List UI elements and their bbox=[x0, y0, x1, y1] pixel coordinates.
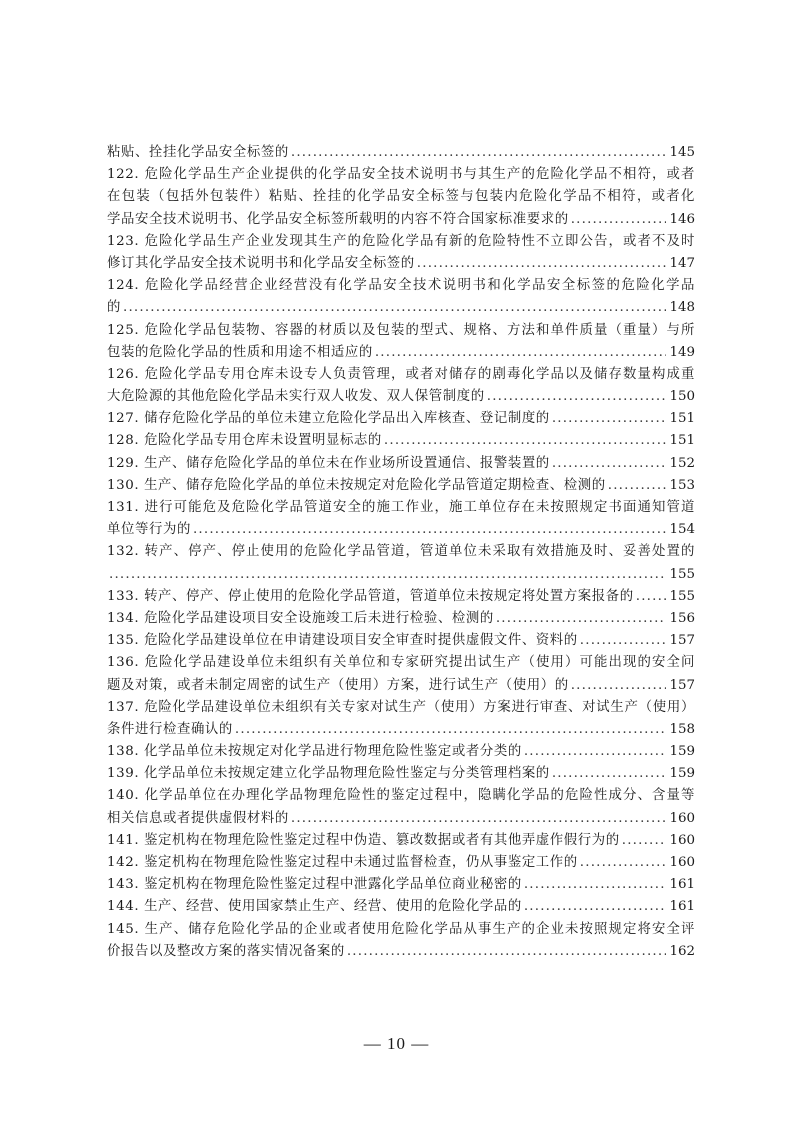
toc-page-number: 159 bbox=[669, 741, 695, 763]
toc-line[interactable]: 126. 危险化学品专用仓库未设专人负责管理，或者对储存的剧毒化学品以及储存数量… bbox=[107, 364, 695, 386]
toc-entry-text: 142. 鉴定机构在物理危险性鉴定过程中未通过监督检查，仍从事鉴定工作的 bbox=[107, 852, 578, 874]
toc-entry-text: 139. 化学品单位未按规定建立化学品物理危险性鉴定与分类管理档案的 bbox=[107, 763, 550, 785]
dot-leader bbox=[291, 808, 667, 830]
dot-leader bbox=[487, 386, 667, 408]
dot-leader bbox=[496, 608, 667, 630]
toc-page-number: 161 bbox=[669, 874, 695, 896]
toc-line[interactable]: 条件进行检查确认的158 bbox=[107, 719, 695, 741]
toc-entry-text: 143. 鉴定机构在物理危险性鉴定过程中泄露化学品单位商业秘密的 bbox=[107, 874, 522, 896]
dot-leader bbox=[417, 253, 667, 275]
toc-page-number: 155 bbox=[669, 586, 695, 608]
dot-leader bbox=[123, 297, 666, 319]
toc-line[interactable]: 131. 进行可能危及危险化学品管道安全的施工作业，施工单位存在未按照规定书面通… bbox=[107, 497, 695, 519]
toc-line[interactable]: 的148 bbox=[107, 297, 695, 319]
toc-page-number: 149 bbox=[669, 342, 695, 364]
toc-line[interactable]: 123. 危险化学品生产企业发现其生产的危险化学品有新的危险特性不立即公告，或者… bbox=[107, 231, 695, 253]
toc-page-number: 153 bbox=[669, 475, 695, 497]
toc-entry-text: 137. 危险化学品建设单位未组织有关专家对试生产（使用）方案进行审查、对试生产… bbox=[107, 697, 695, 719]
toc-line[interactable]: 143. 鉴定机构在物理危险性鉴定过程中泄露化学品单位商业秘密的161 bbox=[107, 874, 695, 896]
toc-line[interactable]: 大危险源的其他危险化学品未实行双人收发、双人保管制度的150 bbox=[107, 386, 695, 408]
dot-leader bbox=[580, 630, 667, 652]
toc-entry-text: 141. 鉴定机构在物理危险性鉴定过程中伪造、篡改数据或者有其他弄虚作假行为的 bbox=[107, 830, 620, 852]
toc-entry-text: 价报告以及整改方案的落实情况备案的 bbox=[107, 941, 345, 963]
toc-line[interactable]: 155 bbox=[107, 564, 695, 586]
page-number-footer: — 10 — bbox=[0, 1034, 793, 1054]
toc-entry-text: 128. 危险化学品专用仓库未设置明显标志的 bbox=[107, 430, 382, 452]
dot-leader bbox=[524, 874, 667, 896]
toc-line[interactable]: 127. 储存危险化学品的单位未建立危险化学品出入库核查、登记制度的151 bbox=[107, 408, 695, 430]
toc-line[interactable]: 124. 危险化学品经营企业经营没有化学品安全技术说明书和化学品安全标签的危险化… bbox=[107, 275, 695, 297]
toc-line[interactable]: 修订其化学品安全技术说明书和化学品安全标签的147 bbox=[107, 253, 695, 275]
toc-line[interactable]: 130. 生产、储存危险化学品的单位未按规定对危险化学品管道定期检查、检测的15… bbox=[107, 475, 695, 497]
dot-leader bbox=[636, 586, 667, 608]
toc-page-number: 151 bbox=[669, 408, 695, 430]
toc-line[interactable]: 129. 生产、储存危险化学品的单位未在作业场所设置通信、报警装置的152 bbox=[107, 453, 695, 475]
toc-page-number: 158 bbox=[669, 719, 695, 741]
toc-entry-text: 粘贴、拴挂化学品安全标签的 bbox=[107, 142, 289, 164]
dot-leader bbox=[524, 896, 667, 918]
toc-line[interactable]: 包装的危险化学品的性质和用途不相适应的149 bbox=[107, 342, 695, 364]
toc-page-number: 162 bbox=[669, 941, 695, 963]
toc-line[interactable]: 136. 危险化学品建设单位未组织有关单位和专家研究提出试生产（使用）可能出现的… bbox=[107, 652, 695, 674]
toc-line[interactable]: 在包装（包括外包装件）粘贴、拴挂的化学品安全标签与包装内危险化学品不相符，或者化 bbox=[107, 186, 695, 208]
toc-line[interactable]: 145. 生产、储存危险化学品的企业或者使用危险化学品从事生产的企业未按照规定将… bbox=[107, 919, 695, 941]
toc-line[interactable]: 题及对策，或者未制定周密的试生产（使用）方案，进行试生产（使用）的157 bbox=[107, 675, 695, 697]
toc-entry-text: 125. 危险化学品包装物、容器的材质以及包装的型式、规格、方法和单件质量（重量… bbox=[107, 320, 695, 342]
toc-entry-text: 126. 危险化学品专用仓库未设专人负责管理，或者对储存的剧毒化学品以及储存数量… bbox=[107, 364, 695, 386]
toc-page-number: 160 bbox=[669, 852, 695, 874]
toc-page-number: 150 bbox=[669, 386, 695, 408]
toc-line[interactable]: 141. 鉴定机构在物理危险性鉴定过程中伪造、篡改数据或者有其他弄虚作假行为的1… bbox=[107, 830, 695, 852]
toc-entry-text: 修订其化学品安全技术说明书和化学品安全标签的 bbox=[107, 253, 415, 275]
dot-leader bbox=[552, 763, 667, 785]
toc-line[interactable]: 相关信息或者提供虚假材料的160 bbox=[107, 808, 695, 830]
toc-page-number: 155 bbox=[669, 564, 695, 586]
toc-page-number: 160 bbox=[669, 808, 695, 830]
toc-page-number: 161 bbox=[669, 896, 695, 918]
toc-line[interactable]: 144. 生产、经营、使用国家禁止生产、经营、使用的危险化学品的161 bbox=[107, 896, 695, 918]
dot-leader bbox=[580, 852, 667, 874]
toc-line[interactable]: 122. 危险化学品生产企业提供的化学品安全技术说明书与其生产的危险化学品不相符… bbox=[107, 164, 695, 186]
toc-entry-text: 133. 转产、停产、停止使用的危险化学品管道，管道单位未按规定将处置方案报备的 bbox=[107, 586, 634, 608]
toc-line[interactable]: 学品安全技术说明书、化学品安全标签所载明的内容不符合国家标准要求的146 bbox=[107, 209, 695, 231]
dot-leader bbox=[552, 408, 667, 430]
toc-entry-text: 127. 储存危险化学品的单位未建立危险化学品出入库核查、登记制度的 bbox=[107, 408, 550, 430]
toc-entry-text: 相关信息或者提供虚假材料的 bbox=[107, 808, 289, 830]
toc-page-number: 145 bbox=[669, 142, 695, 164]
toc-entry-text: 130. 生产、储存危险化学品的单位未按规定对危险化学品管道定期检查、检测的 bbox=[107, 475, 606, 497]
dot-leader bbox=[571, 209, 667, 231]
toc-line[interactable]: 137. 危险化学品建设单位未组织有关专家对试生产（使用）方案进行审查、对试生产… bbox=[107, 697, 695, 719]
toc-entry-text: 140. 化学品单位在办理化学品物理危险性的鉴定过程中，隐瞒化学品的危险性成分、… bbox=[107, 785, 695, 807]
toc-line[interactable]: 价报告以及整改方案的落实情况备案的162 bbox=[107, 941, 695, 963]
toc-entry-text: 131. 进行可能危及危险化学品管道安全的施工作业，施工单位存在未按照规定书面通… bbox=[107, 497, 695, 519]
toc-page-number: 156 bbox=[669, 608, 695, 630]
toc-page-number: 160 bbox=[669, 830, 695, 852]
dot-leader bbox=[291, 142, 667, 164]
toc-entry-text: 144. 生产、经营、使用国家禁止生产、经营、使用的危险化学品的 bbox=[107, 896, 522, 918]
toc-page-number: 148 bbox=[669, 297, 695, 319]
toc-line[interactable]: 粘贴、拴挂化学品安全标签的145 bbox=[107, 142, 695, 164]
toc-page-number: 152 bbox=[669, 453, 695, 475]
table-of-contents: 粘贴、拴挂化学品安全标签的145122. 危险化学品生产企业提供的化学品安全技术… bbox=[107, 142, 695, 963]
toc-line[interactable]: 138. 化学品单位未按规定对化学品进行物理危险性鉴定或者分类的159 bbox=[107, 741, 695, 763]
toc-entry-text: 题及对策，或者未制定周密的试生产（使用）方案，进行试生产（使用）的 bbox=[107, 675, 569, 697]
toc-page-number: 159 bbox=[669, 763, 695, 785]
toc-line[interactable]: 135. 危险化学品建设单位在申请建设项目安全审查时提供虚假文件、资料的157 bbox=[107, 630, 695, 652]
toc-entry-text: 134. 危险化学品建设项目安全设施竣工后未进行检验、检测的 bbox=[107, 608, 494, 630]
toc-entry-text: 大危险源的其他危险化学品未实行双人收发、双人保管制度的 bbox=[107, 386, 485, 408]
dot-leader bbox=[524, 741, 667, 763]
dot-leader bbox=[622, 830, 667, 852]
dot-leader bbox=[384, 430, 667, 452]
dot-leader bbox=[608, 475, 667, 497]
toc-entry-text: 包装的危险化学品的性质和用途不相适应的 bbox=[107, 342, 373, 364]
toc-line[interactable]: 140. 化学品单位在办理化学品物理危险性的鉴定过程中，隐瞒化学品的危险性成分、… bbox=[107, 785, 695, 807]
toc-line[interactable]: 134. 危险化学品建设项目安全设施竣工后未进行检验、检测的156 bbox=[107, 608, 695, 630]
dot-leader bbox=[552, 453, 667, 475]
toc-entry-text: 145. 生产、储存危险化学品的企业或者使用危险化学品从事生产的企业未按照规定将… bbox=[107, 919, 695, 941]
toc-entry-text: 129. 生产、储存危险化学品的单位未在作业场所设置通信、报警装置的 bbox=[107, 453, 550, 475]
toc-entry-text: 124. 危险化学品经营企业经营没有化学品安全技术说明书和化学品安全标签的危险化… bbox=[107, 275, 695, 297]
toc-page-number: 157 bbox=[669, 675, 695, 697]
toc-line[interactable]: 142. 鉴定机构在物理危险性鉴定过程中未通过监督检查，仍从事鉴定工作的160 bbox=[107, 852, 695, 874]
toc-entry-text: 135. 危险化学品建设单位在申请建设项目安全审查时提供虚假文件、资料的 bbox=[107, 630, 578, 652]
toc-line[interactable]: 132. 转产、停产、停止使用的危险化学品管道，管道单位未采取有效措施及时、妥善… bbox=[107, 541, 695, 563]
toc-page-number: 151 bbox=[669, 430, 695, 452]
dot-leader bbox=[571, 675, 667, 697]
toc-page-number: 157 bbox=[669, 630, 695, 652]
toc-entry-text: 条件进行检查确认的 bbox=[107, 719, 233, 741]
toc-entry-text: 136. 危险化学品建设单位未组织有关单位和专家研究提出试生产（使用）可能出现的… bbox=[107, 652, 695, 674]
toc-line[interactable]: 125. 危险化学品包装物、容器的材质以及包装的型式、规格、方法和单件质量（重量… bbox=[107, 320, 695, 342]
toc-entry-text: 在包装（包括外包装件）粘贴、拴挂的化学品安全标签与包装内危险化学品不相符，或者化 bbox=[107, 186, 695, 208]
toc-entry-text: 138. 化学品单位未按规定对化学品进行物理危险性鉴定或者分类的 bbox=[107, 741, 522, 763]
toc-entry-text: 学品安全技术说明书、化学品安全标签所载明的内容不符合国家标准要求的 bbox=[107, 209, 569, 231]
toc-entry-text: 123. 危险化学品生产企业发现其生产的危险化学品有新的危险特性不立即公告，或者… bbox=[107, 231, 695, 253]
toc-line[interactable]: 139. 化学品单位未按规定建立化学品物理危险性鉴定与分类管理档案的159 bbox=[107, 763, 695, 785]
dot-leader bbox=[193, 519, 666, 541]
toc-line[interactable]: 单位等行为的154 bbox=[107, 519, 695, 541]
toc-entry-text: 122. 危险化学品生产企业提供的化学品安全技术说明书与其生产的危险化学品不相符… bbox=[107, 164, 695, 186]
dot-leader bbox=[375, 342, 667, 364]
toc-page-number: 147 bbox=[669, 253, 695, 275]
dot-leader bbox=[235, 719, 667, 741]
toc-entry-text: 单位等行为的 bbox=[107, 519, 191, 541]
toc-entry-text: 的 bbox=[107, 297, 121, 319]
dot-leader bbox=[347, 941, 667, 963]
toc-line[interactable]: 133. 转产、停产、停止使用的危险化学品管道，管道单位未按规定将处置方案报备的… bbox=[107, 586, 695, 608]
toc-page-number: 146 bbox=[669, 209, 695, 231]
toc-entry-text: 132. 转产、停产、停止使用的危险化学品管道，管道单位未采取有效措施及时、妥善… bbox=[107, 541, 695, 563]
toc-page-number: 154 bbox=[669, 519, 695, 541]
dot-leader bbox=[109, 564, 666, 586]
toc-line[interactable]: 128. 危险化学品专用仓库未设置明显标志的151 bbox=[107, 430, 695, 452]
